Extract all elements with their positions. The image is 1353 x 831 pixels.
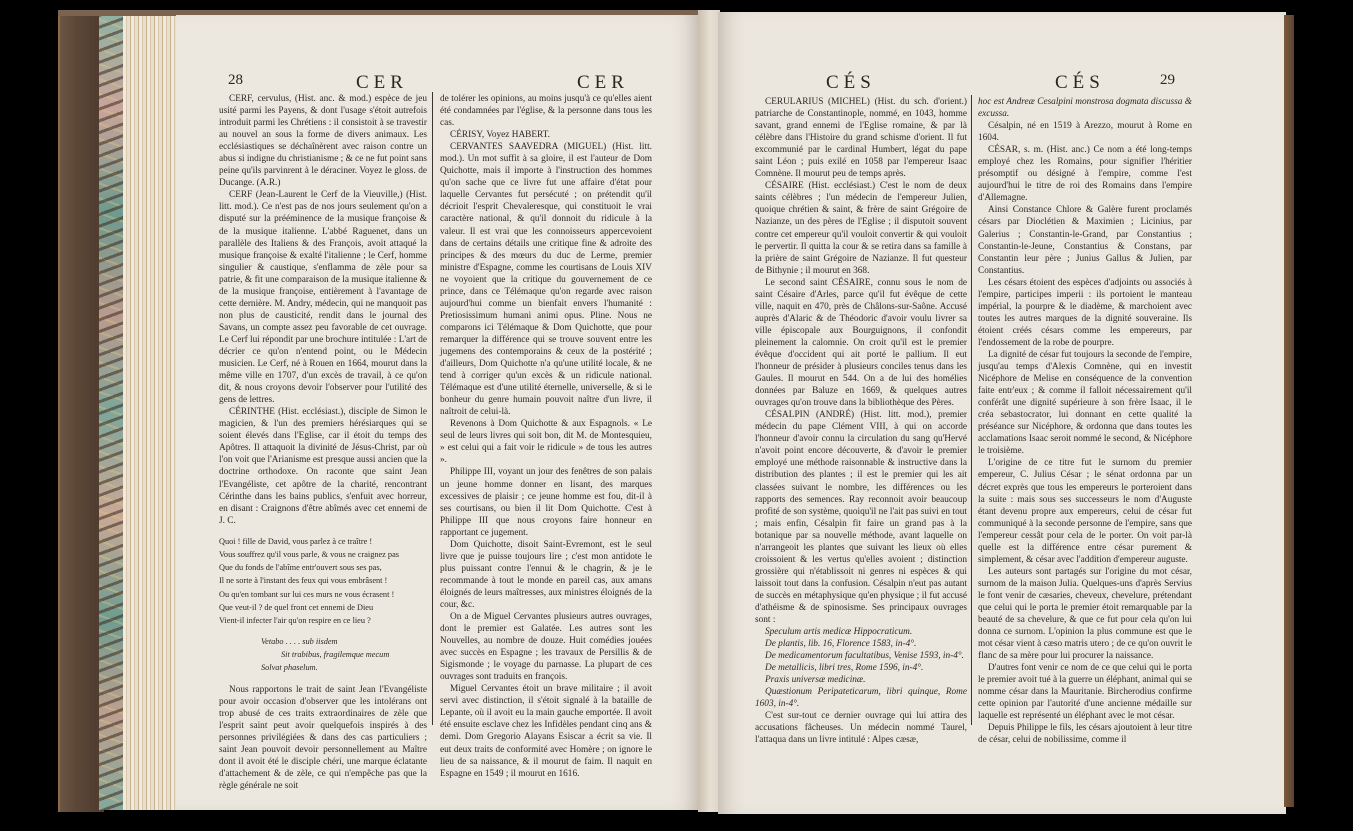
latin-line: Sit trabibus, fragilemque mecum [281, 648, 427, 661]
paragraph-accusations: C'est sur-tout ce dernier ouvrage qui lu… [755, 710, 967, 746]
entry-cerf-jeu: CERF, cervulus, (Hist. anc. & mod.) espè… [219, 93, 427, 189]
verse-quotation: Quoi ! fille de David, vous parlez à ce … [219, 535, 427, 627]
paragraph-montesquieu: Revenons à Dom Quichotte & aux Espagnols… [440, 418, 652, 466]
running-head-left-col1: CER [356, 72, 408, 94]
page-number-left: 28 [228, 72, 243, 89]
work-title: Speculum artis medicæ Hippocraticum. [755, 626, 967, 638]
entry-cesaire: CÉSAIRE (Hist. ecclésiast.) C'est le nom… [755, 180, 967, 276]
paragraph-adjoints: Les césars étoient des espèces d'adjoint… [978, 277, 1192, 349]
entry-cesalpin: CÉSALPIN (ANDRÉ) (Hist. litt. mod.), pre… [755, 409, 967, 626]
right-page-column-2: hoc est Andreæ Cesalpini monstrosa dogma… [978, 96, 1192, 747]
paragraph-dignity: La dignité de césar fut toujours la seco… [978, 349, 1192, 457]
paragraph-elephant: D'autres font venir ce nom de ce que cel… [978, 662, 1192, 722]
paragraph-etymology: Les auteurs sont partagés sur l'origine … [978, 566, 1192, 662]
book-gutter [698, 10, 720, 812]
left-page-column-2: de tolérer les opinions, au moins jusqu'… [440, 93, 652, 780]
latin-line: Solvat phaselum. [261, 661, 427, 674]
verse-line: Quoi ! fille de David, vous parlez à ce … [219, 535, 427, 548]
continued-paragraph: de tolérer les opinions, au moins jusqu'… [440, 93, 652, 129]
paragraph-nobilissime: Depuis Philippe le fils, les césars ajou… [978, 722, 1192, 746]
paragraph-cesalpin-life: Césalpin, né en 1519 à Arezzo, mourut à … [978, 120, 1192, 144]
verse-line: Vient-il infecter l'air qu'on respire en… [219, 614, 427, 627]
verse-line: Vous souffrez qu'il vous parle, & vous n… [219, 548, 427, 561]
column-rule-right [971, 95, 972, 725]
book-cover-right [1284, 15, 1294, 807]
work-title: Quæstionum Peripateticarum, libri quinqu… [755, 686, 967, 710]
entry-cerularius: CERULARIUS (MICHEL) (Hist. du sch. d'ori… [755, 96, 967, 180]
entry-cervantes: CERVANTES SAAVEDRA (MIGUEL) (Hist. litt.… [440, 141, 652, 418]
page-edges-left [123, 14, 178, 810]
paragraph-origin-title: L'origine de ce titre fut le surnom du p… [978, 457, 1192, 565]
verse-line: Que du fonds de l'abîme entr'ouvert sous… [219, 561, 427, 574]
paragraph-military-life: Miguel Cervantes étoit un brave militair… [440, 683, 652, 779]
running-head-right-col2: CÉS [1055, 72, 1105, 94]
left-page-column-1: CERF, cervulus, (Hist. anc. & mod.) espè… [219, 93, 427, 793]
page-number-right: 29 [1160, 72, 1175, 89]
paragraph-saint-evremont: Dom Quichotte, disoit Saint-Evremont, es… [440, 539, 652, 611]
book-cover-left [58, 10, 104, 812]
entry-cesar: CÉSAR, s. m. (Hist. anc.) Ce nom a été l… [978, 144, 1192, 204]
running-head-left-col2: CER [577, 72, 629, 94]
verse-line: Ou qu'en tombant sur lui ces murs ne vou… [219, 588, 427, 601]
verse-line: Il ne sorte à l'instant des feux qui vou… [219, 574, 427, 587]
paragraph-commentary: Nous rapportons le trait de saint Jean l… [219, 684, 427, 792]
paragraph-philippe-iii: Philippe III, voyant un jour des fenêtre… [440, 466, 652, 538]
work-title: Praxis universæ medicinæ. [755, 674, 967, 686]
entry-cerf-jean-laurent: CERF (Jean-Laurent le Cerf de la Vieuvil… [219, 189, 427, 406]
paragraph-other-works: On a de Miguel Cervantes plusieurs autre… [440, 611, 652, 683]
right-page-column-1: CERULARIUS (MICHEL) (Hist. du sch. d'ori… [755, 96, 967, 747]
running-head-right-col1: CÉS [826, 72, 876, 94]
entry-cesaire-arles: Le second saint CÉSAIRE, connu sous le n… [755, 277, 967, 410]
paragraph-proclaimed-cesars: Ainsi Constance Chlore & Galère furent p… [978, 204, 1192, 276]
latin-quotation: Vetabo . . . . sub iisdem Sit trabibus, … [261, 635, 427, 674]
work-title: De medicamentorum facultatibus, Venise 1… [755, 650, 967, 662]
verse-line: Que veut-il ? de quel front cet ennemi d… [219, 601, 427, 614]
latin-line: Vetabo . . . . sub iisdem [261, 635, 427, 648]
entry-cerinthe: CÉRINTHE (Hist. ecclésiast.), disciple d… [219, 406, 427, 526]
marbled-endpaper [99, 14, 123, 810]
column-rule-left [432, 92, 433, 725]
continued-title: hoc est Andreæ Cesalpini monstrosa dogma… [978, 96, 1192, 120]
work-title: De metallicis, libri tres, Rome 1596, in… [755, 662, 967, 674]
work-title: De plantis, lib. 16, Florence 1583, in-4… [755, 638, 967, 650]
entry-cerisy: CÉRISY, Voyez HABERT. [440, 129, 652, 141]
